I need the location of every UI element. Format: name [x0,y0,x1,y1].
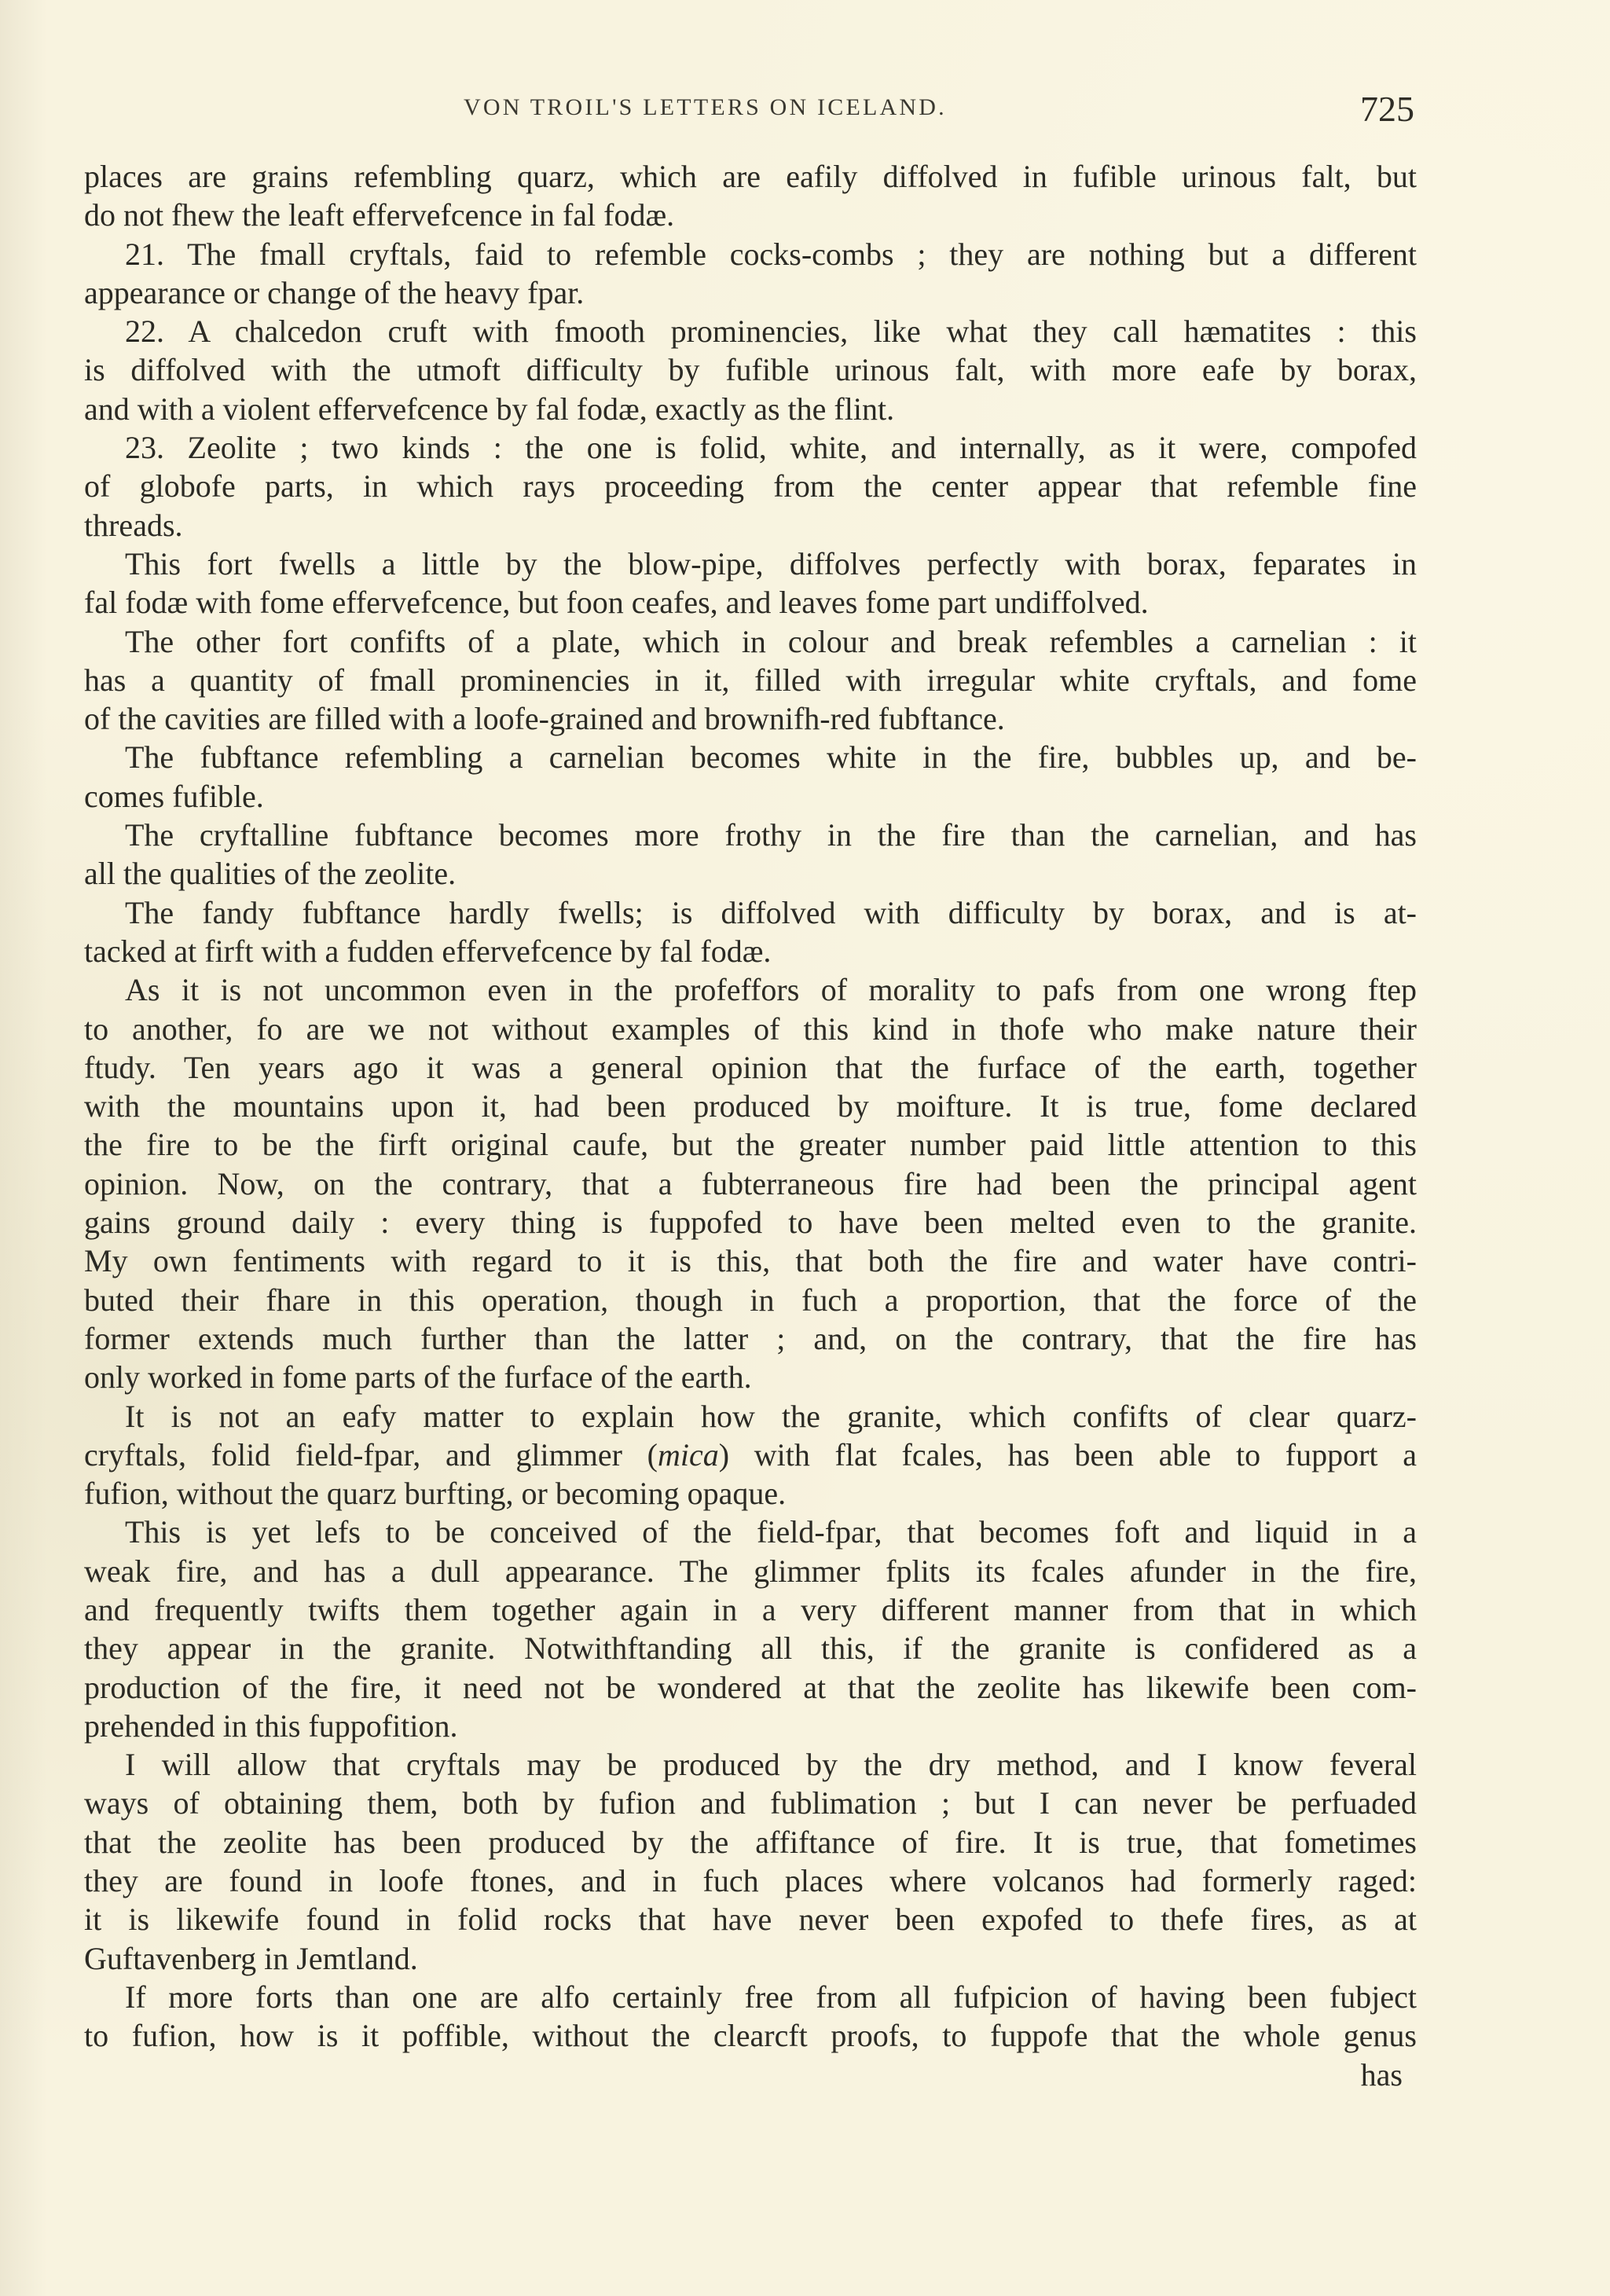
body-text: places are grains refembling quarz, whic… [84,157,1417,2094]
page-number: 725 [1360,88,1414,130]
text-line-with-italic: cryftals, folid field-fpar, and glimmer … [84,1436,1417,1474]
text-line: weak fire, and has a dull appearance. Th… [84,1552,1417,1590]
text-line-item-22: 22. A chalcedon cruft with fmooth promin… [84,312,1417,350]
book-page: VON TROIL'S LETTERS ON ICELAND. 725 plac… [0,0,1610,2296]
text-line: they are found in loofe ftones, and in f… [84,1861,1417,1900]
text-line: production of the fire, it need not be w… [84,1668,1417,1707]
text-line: to another, fo are we not without exampl… [84,1010,1417,1048]
text-line: of globofe parts, in which rays proceedi… [84,467,1417,505]
text-line: As it is not uncommon even in the profef… [84,970,1417,1009]
text-line: I will allow that cryftals may be produc… [84,1745,1417,1784]
text-line: comes fufible. [84,777,1417,816]
text-line: that the zeolite has been produced by th… [84,1823,1417,1861]
text-line: fal fodæ with fome effervefcence, but fo… [84,583,1417,622]
text-line: It is not an eafy matter to explain how … [84,1397,1417,1436]
text-line: The fandy fubftance hardly fwells; is di… [84,893,1417,932]
text-line: and frequently twifts them together agai… [84,1590,1417,1629]
text-line: of the cavities are filled with a loofe-… [84,699,1417,738]
text-line: Guftavenberg in Jemtland. [84,1939,1417,1978]
text-line: buted their fhare in this operation, tho… [84,1281,1417,1319]
running-title: VON TROIL'S LETTERS ON ICELAND. [464,94,947,121]
text-line: This is yet lefs to be conceived of the … [84,1513,1417,1551]
text-fragment: ) with flat fcales, has been able to fup… [719,1437,1417,1473]
text-line-item-21: 21. The fmall cryftals, faid to refemble… [84,235,1417,273]
text-line: the fire to be the firft original caufe,… [84,1125,1417,1164]
text-line: ways of obtaining them, both by fufion a… [84,1784,1417,1822]
text-line-item-23: 23. Zeolite ; two kinds : the one is fol… [84,428,1417,467]
text-line: The cryftalline fubftance becomes more f… [84,816,1417,854]
text-line: all the qualities of the zeolite. [84,854,1417,893]
text-line: it is likewife found in folid rocks that… [84,1900,1417,1938]
text-line: fufion, without the quarz burfting, or b… [84,1474,1417,1513]
text-line: appearance or change of the heavy fpar. [84,273,1417,312]
text-fragment: cryftals, folid field-fpar, and glimmer … [84,1437,658,1473]
text-line: If more forts than one are alfo certainl… [84,1978,1417,2016]
text-line: prehended in this fuppofition. [84,1707,1417,1745]
text-line: opinion. Now, on the contrary, that a fu… [84,1165,1417,1203]
text-line: The fubftance refembling a carnelian bec… [84,738,1417,776]
text-line: to fufion, how is it poffible, without t… [84,2016,1417,2055]
text-line: is diffolved with the utmoft difficulty … [84,350,1417,389]
text-line: only worked in fome parts of the furface… [84,1358,1417,1396]
running-head: VON TROIL'S LETTERS ON ICELAND. 725 [464,88,1414,135]
text-line: do not fhew the leaft effervefcence in f… [84,196,1417,234]
text-line: My own fentiments with regard to it is t… [84,1242,1417,1280]
text-line: This fort fwells a little by the blow-pi… [84,545,1417,583]
text-line: The other fort confifts of a plate, whic… [84,622,1417,661]
italic-term-mica: mica [658,1437,719,1473]
text-line: former extends much further than the lat… [84,1319,1417,1358]
text-line: threads. [84,506,1417,545]
text-line: they appear in the granite. Notwithftand… [84,1629,1417,1667]
text-line: and with a violent effervefcence by fal … [84,390,1417,428]
text-line: ftudy. Ten years ago it was a general op… [84,1048,1417,1087]
text-line: places are grains refembling quarz, whic… [84,157,1417,196]
text-line: gains ground daily : every thing is fupp… [84,1203,1417,1242]
text-line: has a quantity of fmall prominencies in … [84,661,1417,699]
text-line: tacked at firft with a fudden effervefce… [84,932,1417,970]
text-line: with the mountains upon it, had been pro… [84,1087,1417,1125]
catchword: has [84,2056,1417,2094]
